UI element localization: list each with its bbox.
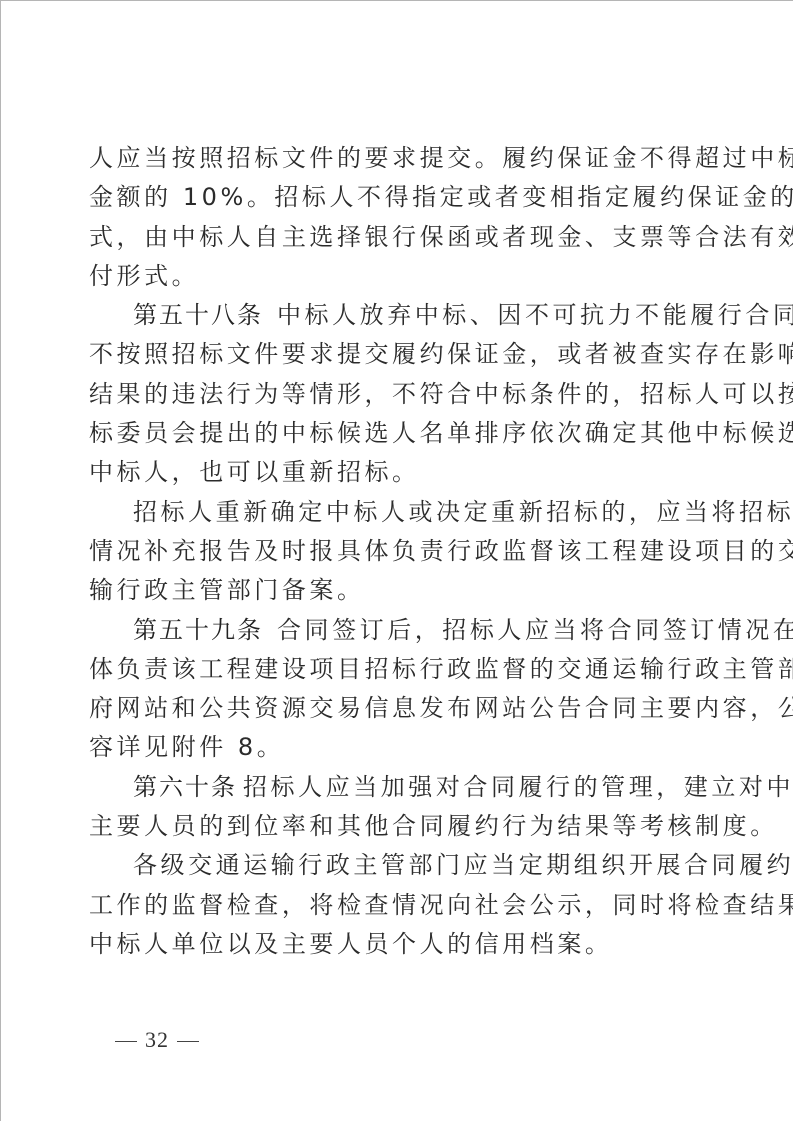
page-number: 32 — [107, 1027, 207, 1053]
text-line: 主要人员的到位率和其他合同履约行为结果等考核制度。 — [89, 807, 701, 846]
text-line: 式，由中标人自主选择银行保函或者现金、支票等合法有效的支 — [89, 218, 701, 257]
text-line: 输行政主管部门备案。 — [89, 571, 701, 610]
article-60-text: 招标人应当加强对合同履行的管理，建立对中标人 — [243, 773, 793, 801]
dash-right — [177, 1041, 199, 1042]
page-number-value: 32 — [145, 1027, 169, 1052]
text-line: 容详见附件 8。 — [89, 728, 701, 767]
article-60-first-line: 第六十条招标人应当加强对合同履行的管理，建立对中标人 — [89, 768, 701, 807]
document-page: 人应当按照招标文件的要求提交。履约保证金不得超过中标合同 金额的 10%。招标人… — [0, 0, 793, 1121]
text-line: 标委员会提出的中标候选人名单排序依次确定其他中标候选人为 — [89, 414, 701, 453]
article-58-heading: 第五十八条 — [133, 301, 263, 329]
text-line: 付形式。 — [89, 257, 701, 296]
document-body: 人应当按照招标文件的要求提交。履约保证金不得超过中标合同 金额的 10%。招标人… — [89, 139, 701, 964]
text-line: 结果的违法行为等情形，不符合中标条件的，招标人可以按照评 — [89, 375, 701, 414]
dash-left — [115, 1041, 137, 1042]
paragraph-rebid-first-line: 招标人重新确定中标人或决定重新招标的，应当将招标投标 — [89, 493, 701, 532]
article-58-first-line: 第五十八条中标人放弃中标、因不可抗力不能履行合同、 — [89, 296, 701, 335]
text-line: 中标人单位以及主要人员个人的信用档案。 — [89, 925, 701, 964]
article-59-heading: 第五十九条 — [133, 616, 263, 644]
text-line: 工作的监督检查，将检查情况向社会公示，同时将检查结果记入 — [89, 886, 701, 925]
article-60-heading: 第六十条 — [133, 773, 237, 801]
paragraph-supervision-first-line: 各级交通运输行政主管部门应当定期组织开展合同履约评价 — [89, 846, 701, 885]
text-line: 府网站和公共资源交易信息发布网站公告合同主要内容，公告内 — [89, 689, 701, 728]
article-58-text: 中标人放弃中标、因不可抗力不能履行合同、 — [277, 301, 793, 329]
article-59-text: 合同签订后，招标人应当将合同签订情况在具 — [277, 616, 793, 644]
text-line: 情况补充报告及时报具体负责行政监督该工程建设项目的交通运 — [89, 532, 701, 571]
text-line: 不按照招标文件要求提交履约保证金，或者被查实存在影响中标 — [89, 335, 701, 374]
text-line: 体负责该工程建设项目招标行政监督的交通运输行政主管部门政 — [89, 650, 701, 689]
text-line: 人应当按照招标文件的要求提交。履约保证金不得超过中标合同 — [89, 139, 701, 178]
article-59-first-line: 第五十九条合同签订后，招标人应当将合同签订情况在具 — [89, 611, 701, 650]
text-line: 金额的 10%。招标人不得指定或者变相指定履约保证金的支付形 — [89, 178, 701, 217]
text-line: 中标人，也可以重新招标。 — [89, 453, 701, 492]
